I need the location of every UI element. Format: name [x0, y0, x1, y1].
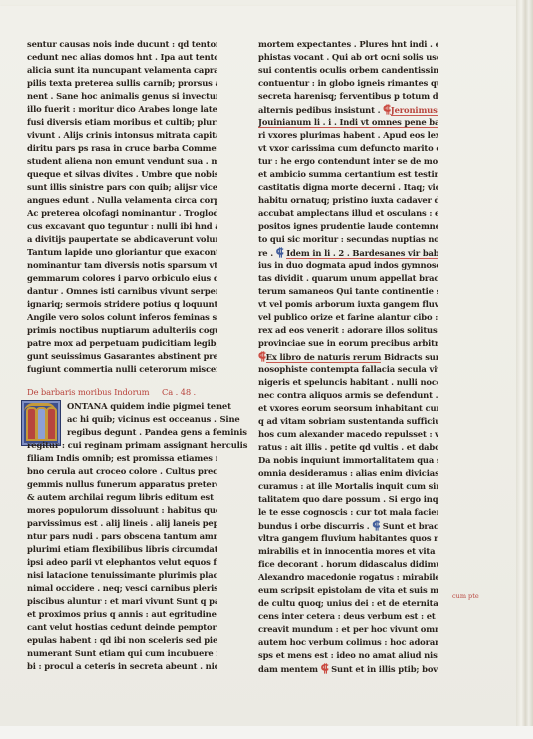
blue-paragraph-mark-icon: ⸿ [372, 519, 380, 532]
text-line: epulas habent : qd ibi non sceleris sed … [27, 634, 217, 647]
text-line: contuentur : in globo igneis rimantes qu… [258, 77, 438, 90]
text-line: et ambicio summa certantium est testimon… [258, 168, 438, 181]
text-line: tas dividit . quarum unum appellat brach… [258, 272, 438, 285]
text-line: fice decorant . horum didascalus didimus… [258, 558, 438, 571]
text-line: de cultu quoq; unius dei : et de eternit… [258, 597, 438, 610]
text-line: nent . Sane hoc animalis genus si invect… [27, 90, 217, 103]
red-paragraph-mark-icon: ⸿ [321, 662, 329, 675]
text-line: sentur causas nois inde ducunt : qd tent… [27, 38, 217, 51]
text-line: cus excavant quo teguntur : nulli ibi hn… [27, 220, 217, 233]
text-line: patre mox ad perpetuam pudicitiam legib;… [27, 337, 217, 350]
text-line: omnia desideramus : alias enim divicias … [258, 467, 438, 480]
text-line: ac hi quib; vicinus est occeanus . Sine [67, 413, 240, 426]
text-line: Jouinianum li . i . Indi vt omnes pene b… [258, 116, 438, 129]
chapter-number: Ca . 48 . [162, 387, 196, 397]
text-line: sps et mens est : ideo no amat aliud nis… [258, 649, 438, 662]
text-line: ri vxores plurimas habent . Apud eos lex… [258, 129, 438, 142]
text-line: positos ignes prudentie laude contemnes … [258, 220, 438, 233]
text-line: cant velut hostias cedunt deinde pemptor… [27, 621, 217, 634]
text-line: Da nobis inquiunt immortalitatem qua sup… [258, 454, 438, 467]
text-line: accubat amplectans illud et osculans : e… [258, 207, 438, 220]
text-line: vt vel pomis arborum iuxta gangem fluviu… [258, 298, 438, 311]
text-line: Tantum lapide uno gloriantur que exacont… [27, 246, 217, 259]
text-line: nosophiste contempta fallacia secula viv… [258, 363, 438, 376]
text-line: a divitijs paupertate se abdicaverunt vo… [27, 233, 217, 246]
text-line-with-rubric: alternis pedibus insistunt . ⸿Jeronimus … [258, 103, 438, 116]
text-line: gunt seuissimus Gasarantes abstinent pre… [27, 350, 217, 363]
text-line: filiam Indis omnib; est promissa etiames… [27, 452, 217, 465]
text-line: vt vxor carissima cum defuncto marito cr… [258, 142, 438, 155]
text-line: Alexandro macedonie rogatus : mirabilem … [258, 571, 438, 584]
text-line: piscibus aluntur : et mari vivunt Sunt q… [27, 595, 217, 608]
text-line: plurimi etiam flexibilibus libris circum… [27, 543, 217, 556]
text-line: nigeris et speluncis habitant . nulli no… [258, 376, 438, 389]
text-line: Angile vero solos colunt inferos feminas… [27, 311, 217, 324]
text-line: q ad vitam sobriam sustentanda sufficiun… [258, 415, 438, 428]
text-line: autem hoc verbum colimus : hoc adoramus … [258, 636, 438, 649]
text-line-with-paragraph-mark: re . ⸿ Idem in li . 2 . Bardesanes vir b… [258, 246, 438, 259]
text-line: student aliena non emunt vendunt sua . m… [27, 155, 217, 168]
text-line: nec contra aliquos armis se defendunt . … [258, 389, 438, 402]
left-text-column: sentur causas nois inde ducunt : qd tent… [27, 38, 217, 673]
text-line: castitatis digna morte decerni . Itaq; v… [258, 181, 438, 194]
text-line: mortem expectantes . Plures hnt indi . e… [258, 38, 438, 51]
text-line: cens inter cetera : deus verbum est : et… [258, 610, 438, 623]
text-line: curamus : at ille Mortalis inquit cum si… [258, 480, 438, 493]
text-line: dantur . Omnes isti carnibus vivunt serp… [27, 285, 217, 298]
text-line: regibus degunt . Pandea gens a feminis [67, 426, 247, 439]
text-line: ratus : ait illis . petite qd vultis . e… [258, 441, 438, 454]
page-edge-stack [516, 0, 533, 726]
chapter-title: De barbaris moribus Indorum [27, 387, 149, 397]
text-line: vel publico orize et farine alantur cibo… [258, 311, 438, 324]
marginal-note: cum pte [452, 592, 479, 600]
text-line: mirabilis et in innocentia mores et vita… [258, 545, 438, 558]
text-line: tur : he ergo contendunt inter se de mor… [258, 155, 438, 168]
right-text-column: mortem expectantes . Plures hnt indi . e… [258, 38, 438, 675]
text-line: vivunt . Alijs crinis intonsus mitrata c… [27, 129, 217, 142]
text-line: terum samaneos Qui tante continentie sun… [258, 285, 438, 298]
text-line: fugiunt commertia nulli ceterorum miscer… [27, 363, 217, 376]
blue-paragraph-mark-icon: ⸿ [276, 246, 284, 259]
text-line: nisi latacione tenuissimante plurimis pl… [27, 569, 217, 582]
text-line-with-paragraph-mark: dam mentem ⸿ Sunt et in illis ptib; bove… [258, 662, 438, 675]
text-line: phistas vocant . Qui ab ort ocni solis u… [258, 51, 438, 64]
text-line: sunt illis sinistre pars con quib; alijs… [27, 181, 217, 194]
text-line: bno cerula aut croceo colore . Cultus pr… [27, 465, 217, 478]
text-line: cedunt nec alias domos hnt . Ipa aut ten… [27, 51, 217, 64]
text-line: bi : procul a ceteris in secreta abeunt … [27, 660, 217, 673]
text-line: ipsi adeo parii vt elephantos velut equo… [27, 556, 217, 569]
text-line: sui contentis oculis orbem candentissimi… [258, 64, 438, 77]
text-line: nimal occidere . neq; vesci carnibus ple… [27, 582, 217, 595]
text-line: creavit mundum : et per hoc vivunt omnia… [258, 623, 438, 636]
text-line-with-paragraph-mark: bundus i orbe discurris . ⸿ Sunt et brac… [258, 519, 438, 532]
text-line: primis noctibus nuptiarum adulteriis cog… [27, 324, 217, 337]
text-line: to qui sic moritur : secundas nuptias no… [258, 233, 438, 246]
red-paragraph-mark-icon: ⸿ [383, 103, 391, 116]
text-line: parvissimus est . alij lineis . alij lan… [27, 517, 217, 530]
rubric-source-citation: Ex libro de naturis rerum [266, 352, 382, 363]
rubric-source-citation: Jeronimus contra [391, 105, 438, 116]
text-line: vltra gangem fluvium habitantes quos rel… [258, 532, 438, 545]
manuscript-page: sentur causas nois inde ducunt : qd tent… [0, 0, 533, 739]
text-line: habitu ornatuq; pristino iuxta cadaver d… [258, 194, 438, 207]
text-line: fusi diversis etiam moribus et cultib; p… [27, 116, 217, 129]
text-line: et vxores eorum seorsum inhabitant cum a… [258, 402, 438, 415]
text-line: pilis texta preterea sullis carnib; pror… [27, 77, 217, 90]
text-line: & autem archilai regum libris editum est… [27, 491, 217, 504]
text-line: ignariq; sermois stridere potius q loquu… [27, 298, 217, 311]
text-line: le te esse cognoscis : cur tot mala faci… [258, 506, 438, 519]
text-line: gemmis nullus funerum apparatus preterea… [27, 478, 217, 491]
text-line: talitatem quo dare possum . Si ergo inqu… [258, 493, 438, 506]
chapter-heading: De barbaris moribus Indorum Ca . 48 . [27, 386, 217, 400]
text-line: eum scripsit epistolam de vita et suis m… [258, 584, 438, 597]
text-line: et proximos prius q annis : aut egritudi… [27, 608, 217, 621]
text-line: illo fuerit : moritur dico Arabes longe … [27, 103, 217, 116]
text-line: regitur : cui reginam primam assignant h… [27, 439, 247, 452]
text-line: alicia sunt ita nuncupant velamenta capr… [27, 64, 217, 77]
text-line: queque et silvas divites . Umbre que nob… [27, 168, 217, 181]
text-line: provinciae sue in eorum precibus arbitra… [258, 337, 438, 350]
text-line-with-rubric: ⸿Ex libro de naturis rerum Bidracts sunt… [258, 350, 438, 363]
text-line: hos cum alexander macedo repulsset : val… [258, 428, 438, 441]
text-line: mores populorum dissoluunt : habitus quo… [27, 504, 217, 517]
text-line: ONTANA quidem indie pigmei tenet [67, 400, 231, 413]
text-line: Ac preterea olcofagi nominantur . Troglo… [27, 207, 217, 220]
text-line: angues edunt . Nulla velamenta circa cor… [27, 194, 217, 207]
text-line: nominantur tam diversis notis sparsum vt… [27, 259, 217, 272]
background-strip [0, 726, 533, 739]
text-line: gemmarum colores i parvo orbiculo eius d… [27, 272, 217, 285]
text-line: numerant Sunt etiam qui cum incubuere mo… [27, 647, 217, 660]
red-paragraph-mark-icon: ⸿ [258, 350, 266, 363]
text-line: ntur pars nudi . pars obscena tantum amm… [27, 530, 217, 543]
text-line: diritu pars ps rasa in cruce barba Comme… [27, 142, 217, 155]
text-line: ius in duo dogmata apud indos gymnosophi [258, 259, 438, 272]
text-line: rex ad eos venerit : adorare illos solit… [258, 324, 438, 337]
illuminated-initial-block: ONTANA quidem indie pigmei tenet ac hi q… [27, 400, 217, 452]
text-line: secreta harenisq; ferventibus p totum di… [258, 90, 438, 103]
